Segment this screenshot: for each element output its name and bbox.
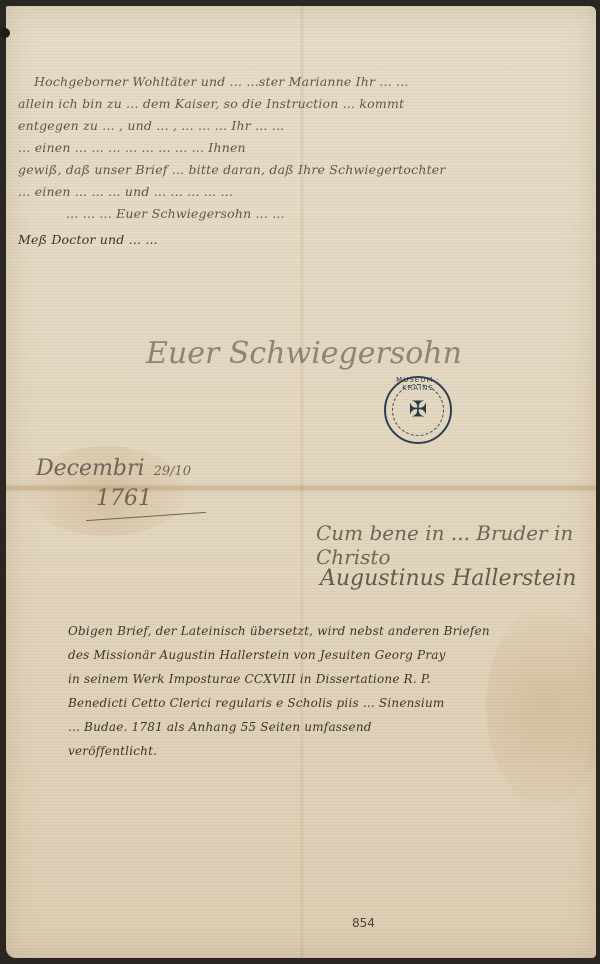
date-year: 1761 bbox=[96, 486, 152, 511]
note-line: Benedicti Cetto Clerici regularis e Scho… bbox=[68, 696, 444, 710]
letter-line: gewiß, daß unser Brief ... bitte daran, … bbox=[18, 162, 446, 177]
date-day: 29/10 bbox=[154, 464, 191, 479]
note-line: ... Budae. 1781 als Anhang 55 Seiten umf… bbox=[68, 720, 372, 734]
letter-line: allein ich bin zu ... dem Kaiser, so die… bbox=[18, 96, 404, 111]
eagle-crest-icon: ✠ bbox=[409, 398, 427, 423]
edge-mark bbox=[0, 28, 10, 38]
signature-name: Augustinus Hallerstein bbox=[320, 566, 576, 591]
letter-line: ... ... ... Euer Schwiegersohn ... ... bbox=[66, 206, 285, 221]
stamp-text: MUSEUM · KRAINS bbox=[386, 376, 450, 392]
signature-line-1: Cum bene in ... Bruder in Christo bbox=[316, 521, 596, 569]
paper-stain bbox=[486, 606, 596, 806]
folio-number: 854 bbox=[352, 916, 375, 930]
letter-line: Hochgeborner Wohltäter und ... ...ster M… bbox=[34, 74, 409, 89]
note-line: des Missionär Augustin Hallerstein von J… bbox=[68, 648, 446, 662]
date-month: Decembri bbox=[36, 456, 145, 481]
letter-closing: Euer Schwiegersohn bbox=[146, 336, 462, 371]
note-line: in seinem Werk Imposturae CCXVIII in Dis… bbox=[68, 672, 431, 686]
vertical-fold bbox=[300, 6, 304, 958]
letter-line: entgegen zu ... , und ... , ... ... ... … bbox=[18, 118, 284, 133]
museum-stamp: MUSEUM · KRAINS ✠ bbox=[384, 376, 452, 444]
date-block: Decembri 29/10 1761 bbox=[36, 456, 191, 481]
letter-line: ... einen ... ... ... ... ... ... ... ..… bbox=[18, 140, 246, 155]
note-line: veröffentlicht. bbox=[68, 744, 157, 758]
letter-line: ... einen ... ... ... und ... ... ... ..… bbox=[18, 184, 233, 199]
document-page: Hochgeborner Wohltäter und ... ...ster M… bbox=[6, 6, 596, 958]
note-line: Obigen Brief, der Lateinisch übersetzt, … bbox=[68, 624, 490, 638]
letter-line: Meß Doctor und ... ... bbox=[18, 232, 158, 247]
